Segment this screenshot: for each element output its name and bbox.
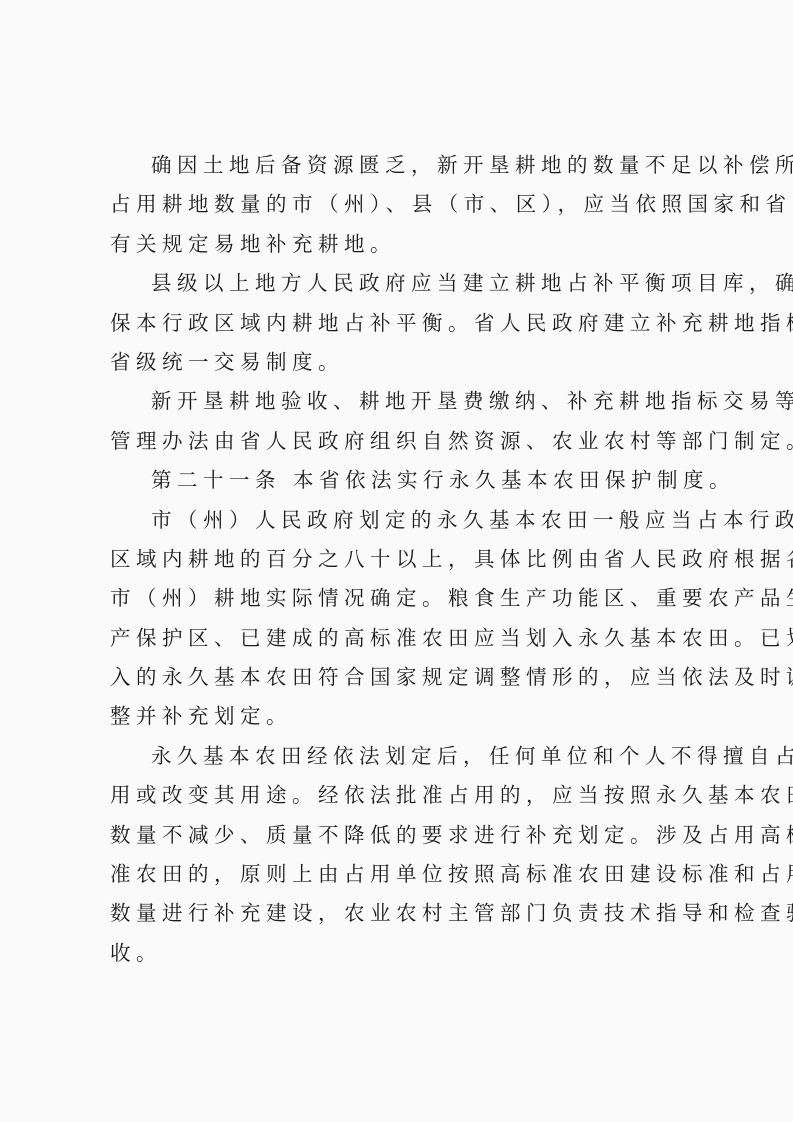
paragraph-line: 用或改变其用途。经依法批准占用的，应当按照永久基本农田: [110, 776, 690, 815]
document-body: 确因土地后备资源匮乏，新开垦耕地的数量不足以补偿所 占用耕地数量的市（州）、县（…: [110, 146, 690, 973]
paragraph-line: 省级统一交易制度。: [110, 343, 690, 382]
paragraph-project-library: 县级以上地方人民政府应当建立耕地占补平衡项目库，确 保本行政区域内耕地占补平衡。…: [110, 264, 690, 382]
paragraph-line: 有关规定易地补充耕地。: [110, 225, 690, 264]
paragraph-line: 市（州）耕地实际情况确定。粮食生产功能区、重要农产品生: [110, 579, 690, 618]
paragraph-line: 县级以上地方人民政府应当建立耕地占补平衡项目库，确: [110, 264, 690, 303]
paragraph-occupation-rules: 永久基本农田经依法划定后，任何单位和个人不得擅自占 用或改变其用途。经依法批准占…: [110, 737, 690, 973]
paragraph-line: 入的永久基本农田符合国家规定调整情形的，应当依法及时调: [110, 658, 690, 697]
paragraph-line: 永久基本农田经依法划定后，任何单位和个人不得擅自占: [110, 737, 690, 776]
article-21-heading-paragraph: 第二十一条 本省依法实行永久基本农田保护制度。: [110, 461, 690, 500]
paragraph-line: 准农田的，原则上由占用单位按照高标准农田建设标准和占用: [110, 855, 690, 894]
paragraph-delineation-ratio: 市（州）人民政府划定的永久基本农田一般应当占本行政 区域内耕地的百分之八十以上，…: [110, 501, 690, 737]
paragraph-offsite-supplement: 确因土地后备资源匮乏，新开垦耕地的数量不足以补偿所 占用耕地数量的市（州）、县（…: [110, 146, 690, 264]
paragraph-line: 区域内耕地的百分之八十以上，具体比例由省人民政府根据各: [110, 540, 690, 579]
paragraph-line: 市（州）人民政府划定的永久基本农田一般应当占本行政: [110, 501, 690, 540]
paragraph-line: 收。: [110, 934, 690, 973]
paragraph-line: 产保护区、已建成的高标准农田应当划入永久基本农田。已划: [110, 619, 690, 658]
paragraph-line: 管理办法由省人民政府组织自然资源、农业农村等部门制定。: [110, 422, 690, 461]
article-21-line: 第二十一条 本省依法实行永久基本农田保护制度。: [110, 461, 690, 500]
paragraph-line: 确因土地后备资源匮乏，新开垦耕地的数量不足以补偿所: [110, 146, 690, 185]
paragraph-line: 数量进行补充建设，农业农村主管部门负责技术指导和检查验: [110, 894, 690, 933]
paragraph-line: 整并补充划定。: [110, 697, 690, 736]
paragraph-management-measures: 新开垦耕地验收、耕地开垦费缴纳、补充耕地指标交易等 管理办法由省人民政府组织自然…: [110, 382, 690, 461]
document-page: 确因土地后备资源匮乏，新开垦耕地的数量不足以补偿所 占用耕地数量的市（州）、县（…: [0, 0, 793, 1122]
paragraph-line: 保本行政区域内耕地占补平衡。省人民政府建立补充耕地指标: [110, 304, 690, 343]
paragraph-line: 新开垦耕地验收、耕地开垦费缴纳、补充耕地指标交易等: [110, 382, 690, 421]
paragraph-line: 数量不减少、质量不降低的要求进行补充划定。涉及占用高标: [110, 816, 690, 855]
paragraph-line: 占用耕地数量的市（州）、县（市、区），应当依照国家和省: [110, 185, 690, 224]
